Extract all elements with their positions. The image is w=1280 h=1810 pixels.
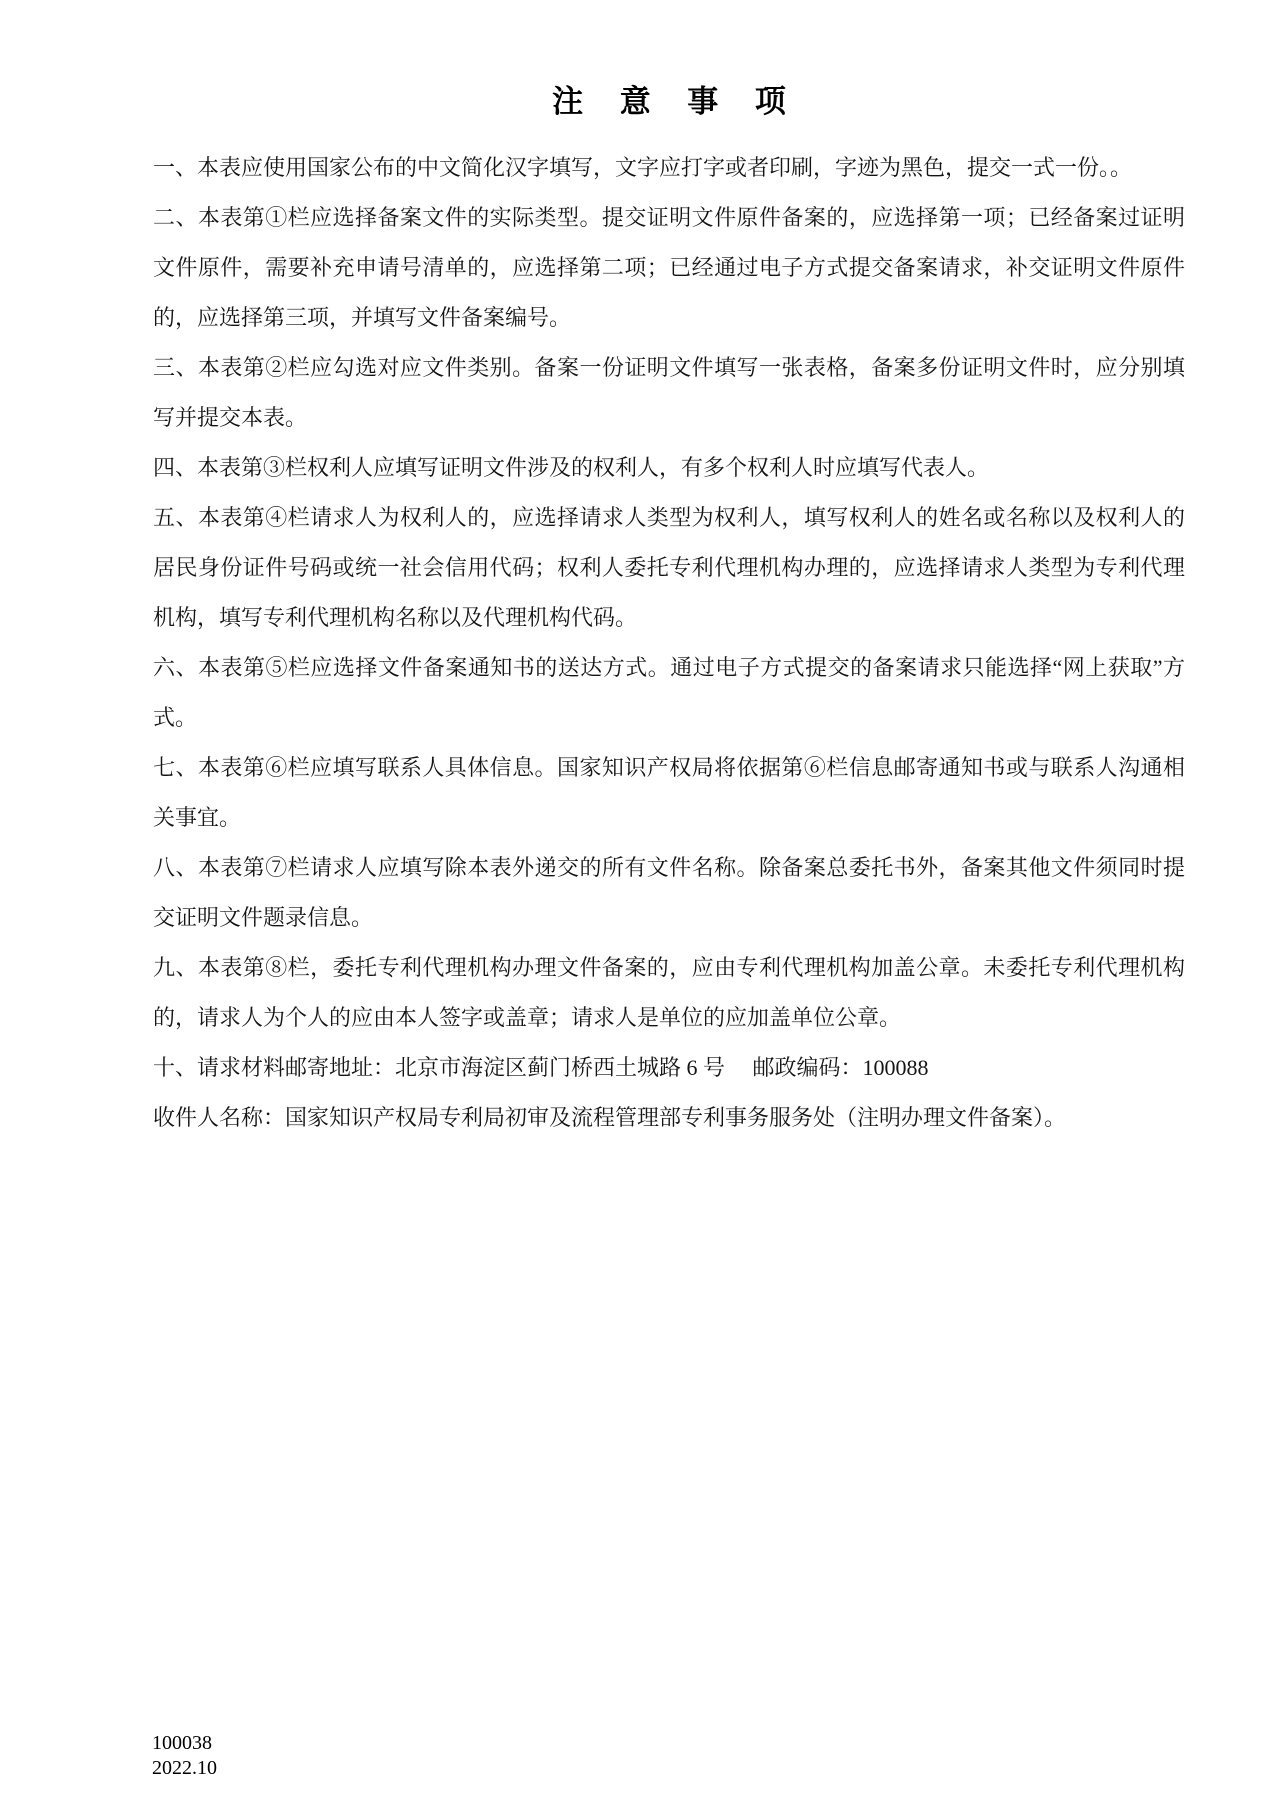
note-item-2: 二、本表第①栏应选择备案文件的实际类型。提交证明文件原件备案的，应选择第一项；已… [153, 193, 1185, 343]
page-title: 注 意 事 项 [153, 84, 1185, 120]
note-item-8: 八、本表第⑦栏请求人应填写除本表外递交的所有文件名称。除备案总委托书外，备案其他… [153, 843, 1185, 943]
note-item-5: 五、本表第④栏请求人为权利人的，应选择请求人类型为权利人，填写权利人的姓名或名称… [153, 493, 1185, 643]
document-page: 注 意 事 项 一、本表应使用国家公布的中文简化汉字填写，文字应打字或者印刷，字… [0, 0, 1280, 1810]
note-item-10-recipient: 收件人名称：国家知识产权局专利局初审及流程管理部专利事务服务处（注明办理文件备案… [153, 1093, 1185, 1143]
note-item-9: 九、本表第⑧栏，委托专利代理机构办理文件备案的，应由专利代理机构加盖公章。未委托… [153, 943, 1185, 1043]
note-item-10: 十、请求材料邮寄地址：北京市海淀区蓟门桥西土城路 6 号 邮政编码：100088 [153, 1043, 1185, 1093]
notes-list: 一、本表应使用国家公布的中文简化汉字填写，文字应打字或者印刷，字迹为黑色，提交一… [153, 143, 1185, 1143]
note-item-4: 四、本表第③栏权利人应填写证明文件涉及的权利人，有多个权利人时应填写代表人。 [153, 443, 1185, 493]
form-footer: 100038 2022.10 [152, 1731, 217, 1781]
note-item-7: 七、本表第⑥栏应填写联系人具体信息。国家知识产权局将依据第⑥栏信息邮寄通知书或与… [153, 743, 1185, 843]
note-item-6: 六、本表第⑤栏应选择文件备案通知书的送达方式。通过电子方式提交的备案请求只能选择… [153, 643, 1185, 743]
note-item-3: 三、本表第②栏应勾选对应文件类别。备案一份证明文件填写一张表格，备案多份证明文件… [153, 343, 1185, 443]
form-date: 2022.10 [152, 1756, 217, 1781]
note-item-1: 一、本表应使用国家公布的中文简化汉字填写，文字应打字或者印刷，字迹为黑色，提交一… [153, 143, 1185, 193]
form-code: 100038 [152, 1731, 217, 1756]
